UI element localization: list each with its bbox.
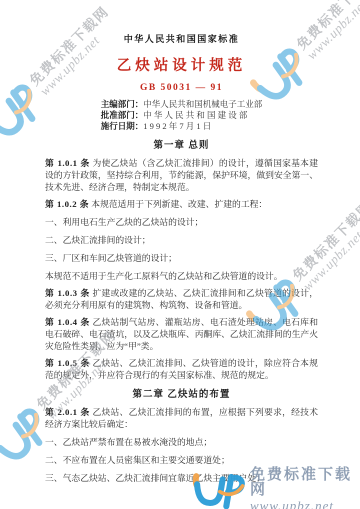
paragraph: 第 1.0.2 条 本规范适用于下列新建、改建、扩建的工程： [45,198,318,210]
paragraph: 第 1.0.5 条 乙炔站、乙炔汇流排间、乙炔管道的设计，除应符合本规范的规定外… [45,357,318,381]
article-number: 第 1.0.2 条 [45,199,89,209]
meta-row: 批准部门：中 华 人 民 共 和 国 建 设 部 [101,110,263,121]
meta-row: 施行日期：1 9 9 2 年 7 月 1 日 [101,121,263,132]
document-page: 免费标准下载网 www.upbz.net 免费标准下载网 www.upbz.ne… [0,0,360,509]
paragraph: 第 1.0.4 条 乙炔站制气站房、灌瓶站房、电石渣处理站房、电石库和电石破碎、… [45,316,318,352]
meta-label: 主编部门： [101,99,144,109]
article-number: 第 1.0.3 条 [45,288,90,298]
document-content: 中华人民共和国国家标准 乙炔站设计规范 GB 50031 — 91 主编部门：中… [0,32,360,484]
meta-row: 主编部门：中华人民共和国机械电子工业部 [101,99,263,110]
paragraph: 一、利用电石生产乙炔的乙炔站的设计； [45,216,318,228]
paragraph: 一、乙炔站严禁布置在易被水淹没的地点； [45,436,318,448]
paragraph: 第 2.0.1 条 乙炔站、乙炔汇流排间的布置，应根据下列要求，经技术经济方案比… [45,406,318,430]
paragraph: 第 1.0.3 条 扩建或改建的乙炔站、乙炔汇流排间和乙炔管道的设计，必须充分利… [45,287,318,311]
meta-value: 中 华 人 民 共 和 国 建 设 部 [143,110,247,120]
watermark-site-url: www.upbz.net [250,499,360,509]
document-title: 乙炔站设计规范 [45,54,318,75]
meta-label: 施行日期： [101,121,144,131]
paragraph: 本规范不适用于生产化工原料气的乙炔站和乙炔管道的设计。 [45,270,318,282]
paragraph: 二、乙炔汇流排间的设计； [45,234,318,246]
document-meta: 主编部门：中华人民共和国机械电子工业部批准部门：中 华 人 民 共 和 国 建 … [101,99,263,132]
meta-label: 批准部门： [101,110,144,120]
standard-label: 中华人民共和国国家标准 [45,32,318,45]
upbz-logo-icon [193,471,245,509]
standard-code: GB 50031 — 91 [45,83,318,93]
paragraph: 二、不应布置在人员密集区和主要交通要道处； [45,454,318,466]
meta-value: 中华人民共和国机械电子工业部 [143,99,262,109]
watermark-bottom-right: 免费标准下载网 www.upbz.net [193,468,360,509]
chapter-heading: 第二章 乙炔站的布置 [45,389,318,401]
document-body: 第一章 总则第 1.0.1 条 为使乙炔站（含乙炔汇流排间）的设计，遵循国家基本… [45,140,318,484]
chapter-heading: 第一章 总则 [45,140,318,152]
article-number: 第 2.0.1 条 [45,407,90,417]
article-number: 第 1.0.1 条 [45,158,90,168]
article-number: 第 1.0.5 条 [45,358,90,368]
meta-value: 1 9 9 2 年 7 月 1 日 [143,121,211,131]
paragraph: 三、厂区和车间乙炔管道的设计； [45,252,318,264]
watermark-site-name: 免费标准下载网 [250,468,360,499]
paragraph: 第 1.0.1 条 为使乙炔站（含乙炔汇流排间）的设计，遵循国家基本建设的方针政… [45,157,318,193]
article-number: 第 1.0.4 条 [45,317,90,327]
